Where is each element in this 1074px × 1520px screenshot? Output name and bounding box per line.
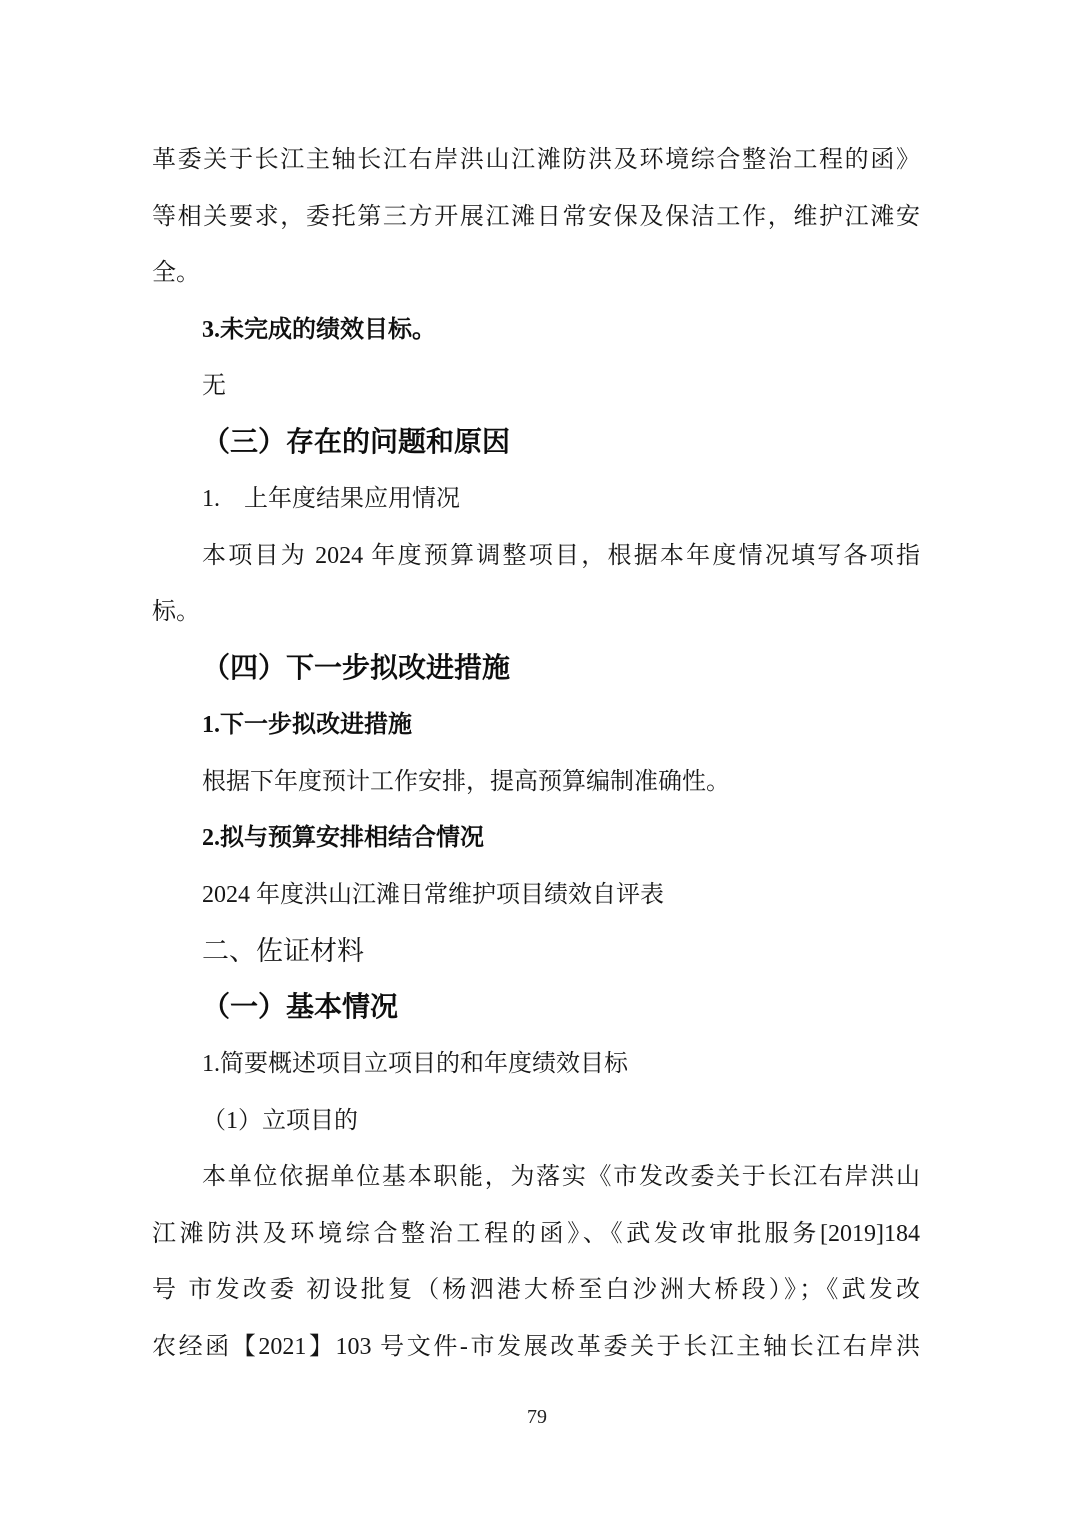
- text-line: （1）立项目的: [152, 1093, 920, 1150]
- text-line: 农经函【2021】103 号文件-市发展改革委关于长江主轴长江右岸洪: [152, 1319, 920, 1376]
- text-line: （一）基本情况: [152, 980, 920, 1037]
- text-line: 根据下年度预计工作安排，提高预算编制准确性。: [152, 754, 920, 811]
- page-number: 79: [0, 1406, 1074, 1429]
- document-page: 革委关于长江主轴长江右岸洪山江滩防洪及环境综合整治工程的函》等相关要求，委托第三…: [0, 0, 1074, 1520]
- text-line: 二、佐证材料: [152, 923, 920, 980]
- text-line: 2.拟与预算安排相结合情况: [152, 810, 920, 867]
- document-text-block: 革委关于长江主轴长江右岸洪山江滩防洪及环境综合整治工程的函》等相关要求，委托第三…: [152, 132, 920, 1375]
- text-line: 本项目为 2024 年度预算调整项目，根据本年度情况填写各项指: [152, 528, 920, 585]
- text-line: 无: [152, 358, 920, 415]
- text-line: 号 市发改委 初设批复（杨泗港大桥至白沙洲大桥段）》；《武发改: [152, 1262, 920, 1319]
- text-line: 3.未完成的绩效目标。: [152, 302, 920, 359]
- text-line: 革委关于长江主轴长江右岸洪山江滩防洪及环境综合整治工程的函》: [152, 132, 920, 189]
- text-line: 等相关要求，委托第三方开展江滩日常安保及保洁工作，维护江滩安: [152, 189, 920, 246]
- text-line: 全。: [152, 245, 920, 302]
- text-line: 标。: [152, 584, 920, 641]
- text-line: 本单位依据单位基本职能，为落实《市发改委关于长江右岸洪山: [152, 1149, 920, 1206]
- text-line: 1.下一步拟改进措施: [152, 697, 920, 754]
- text-line: （三）存在的问题和原因: [152, 415, 920, 472]
- text-line: 江滩防洪及环境综合整治工程的函》、《武发改审批服务[2019]184: [152, 1206, 920, 1263]
- text-line: 1. 上年度结果应用情况: [152, 471, 920, 528]
- text-line: （四）下一步拟改进措施: [152, 641, 920, 698]
- text-line: 1.简要概述项目立项目的和年度绩效目标: [152, 1036, 920, 1093]
- text-line: 2024 年度洪山江滩日常维护项目绩效自评表: [152, 867, 920, 924]
